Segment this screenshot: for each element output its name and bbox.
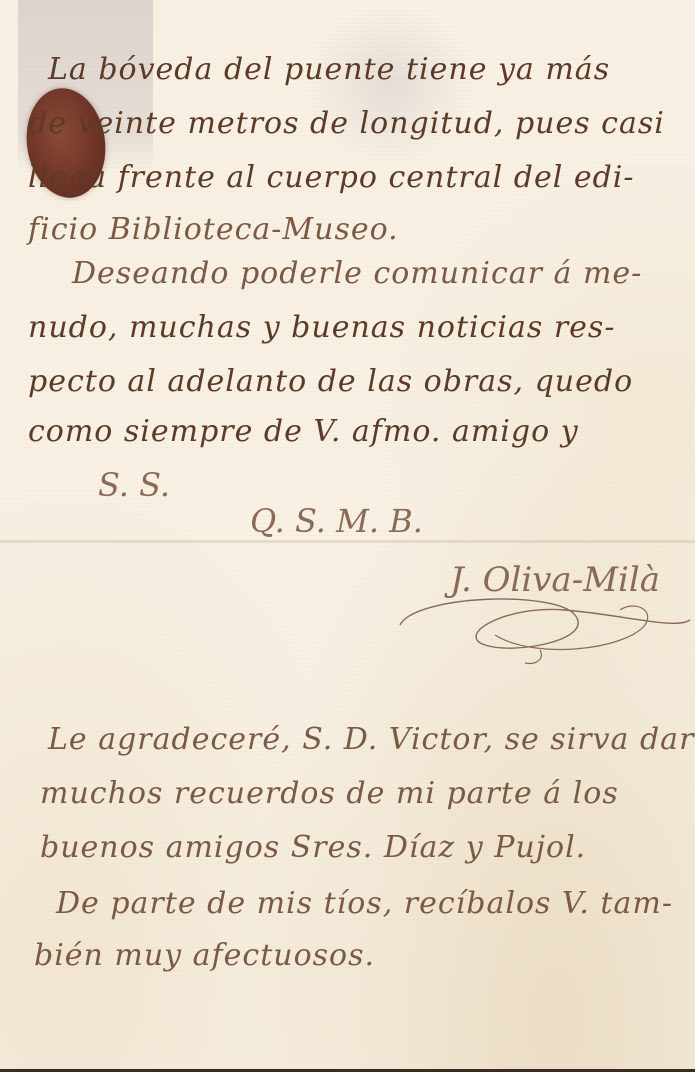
letter-line: nudo, muchas y buenas noticias res- <box>28 310 615 345</box>
letter-line: como siempre de V. afmo. amigo y <box>28 414 579 449</box>
letter-page: La bóveda del puente tiene ya más de vei… <box>0 0 695 1072</box>
postscript-line: Le agradeceré, S. D. Victor, se sirva da… <box>48 722 694 757</box>
letter-line: de veinte metros de longitud, pues casi <box>28 106 665 141</box>
closing-abbreviation-ss: S. S. <box>98 466 170 504</box>
letter-line: llega frente al cuerpo central del edi- <box>28 160 635 195</box>
postscript-line: De parte de mis tíos, recíbalos V. tam- <box>56 886 673 921</box>
letter-line: Deseando poderle comunicar á me- <box>72 256 642 291</box>
paper-fold-line <box>0 540 695 543</box>
closing-abbreviation-qsmb: Q. S. M. B. <box>250 502 423 540</box>
letter-line: ficio Biblioteca-Museo. <box>28 212 399 247</box>
postscript-line: buenos amigos Sres. Díaz y Pujol. <box>40 830 586 865</box>
postscript-line: muchos recuerdos de mi parte á los <box>40 776 619 811</box>
postscript-line: bién muy afectuosos. <box>34 938 375 973</box>
letter-line: pecto al adelanto de las obras, quedo <box>28 364 633 399</box>
letter-line: La bóveda del puente tiene ya más <box>48 52 610 87</box>
signature-flourish <box>395 575 695 665</box>
